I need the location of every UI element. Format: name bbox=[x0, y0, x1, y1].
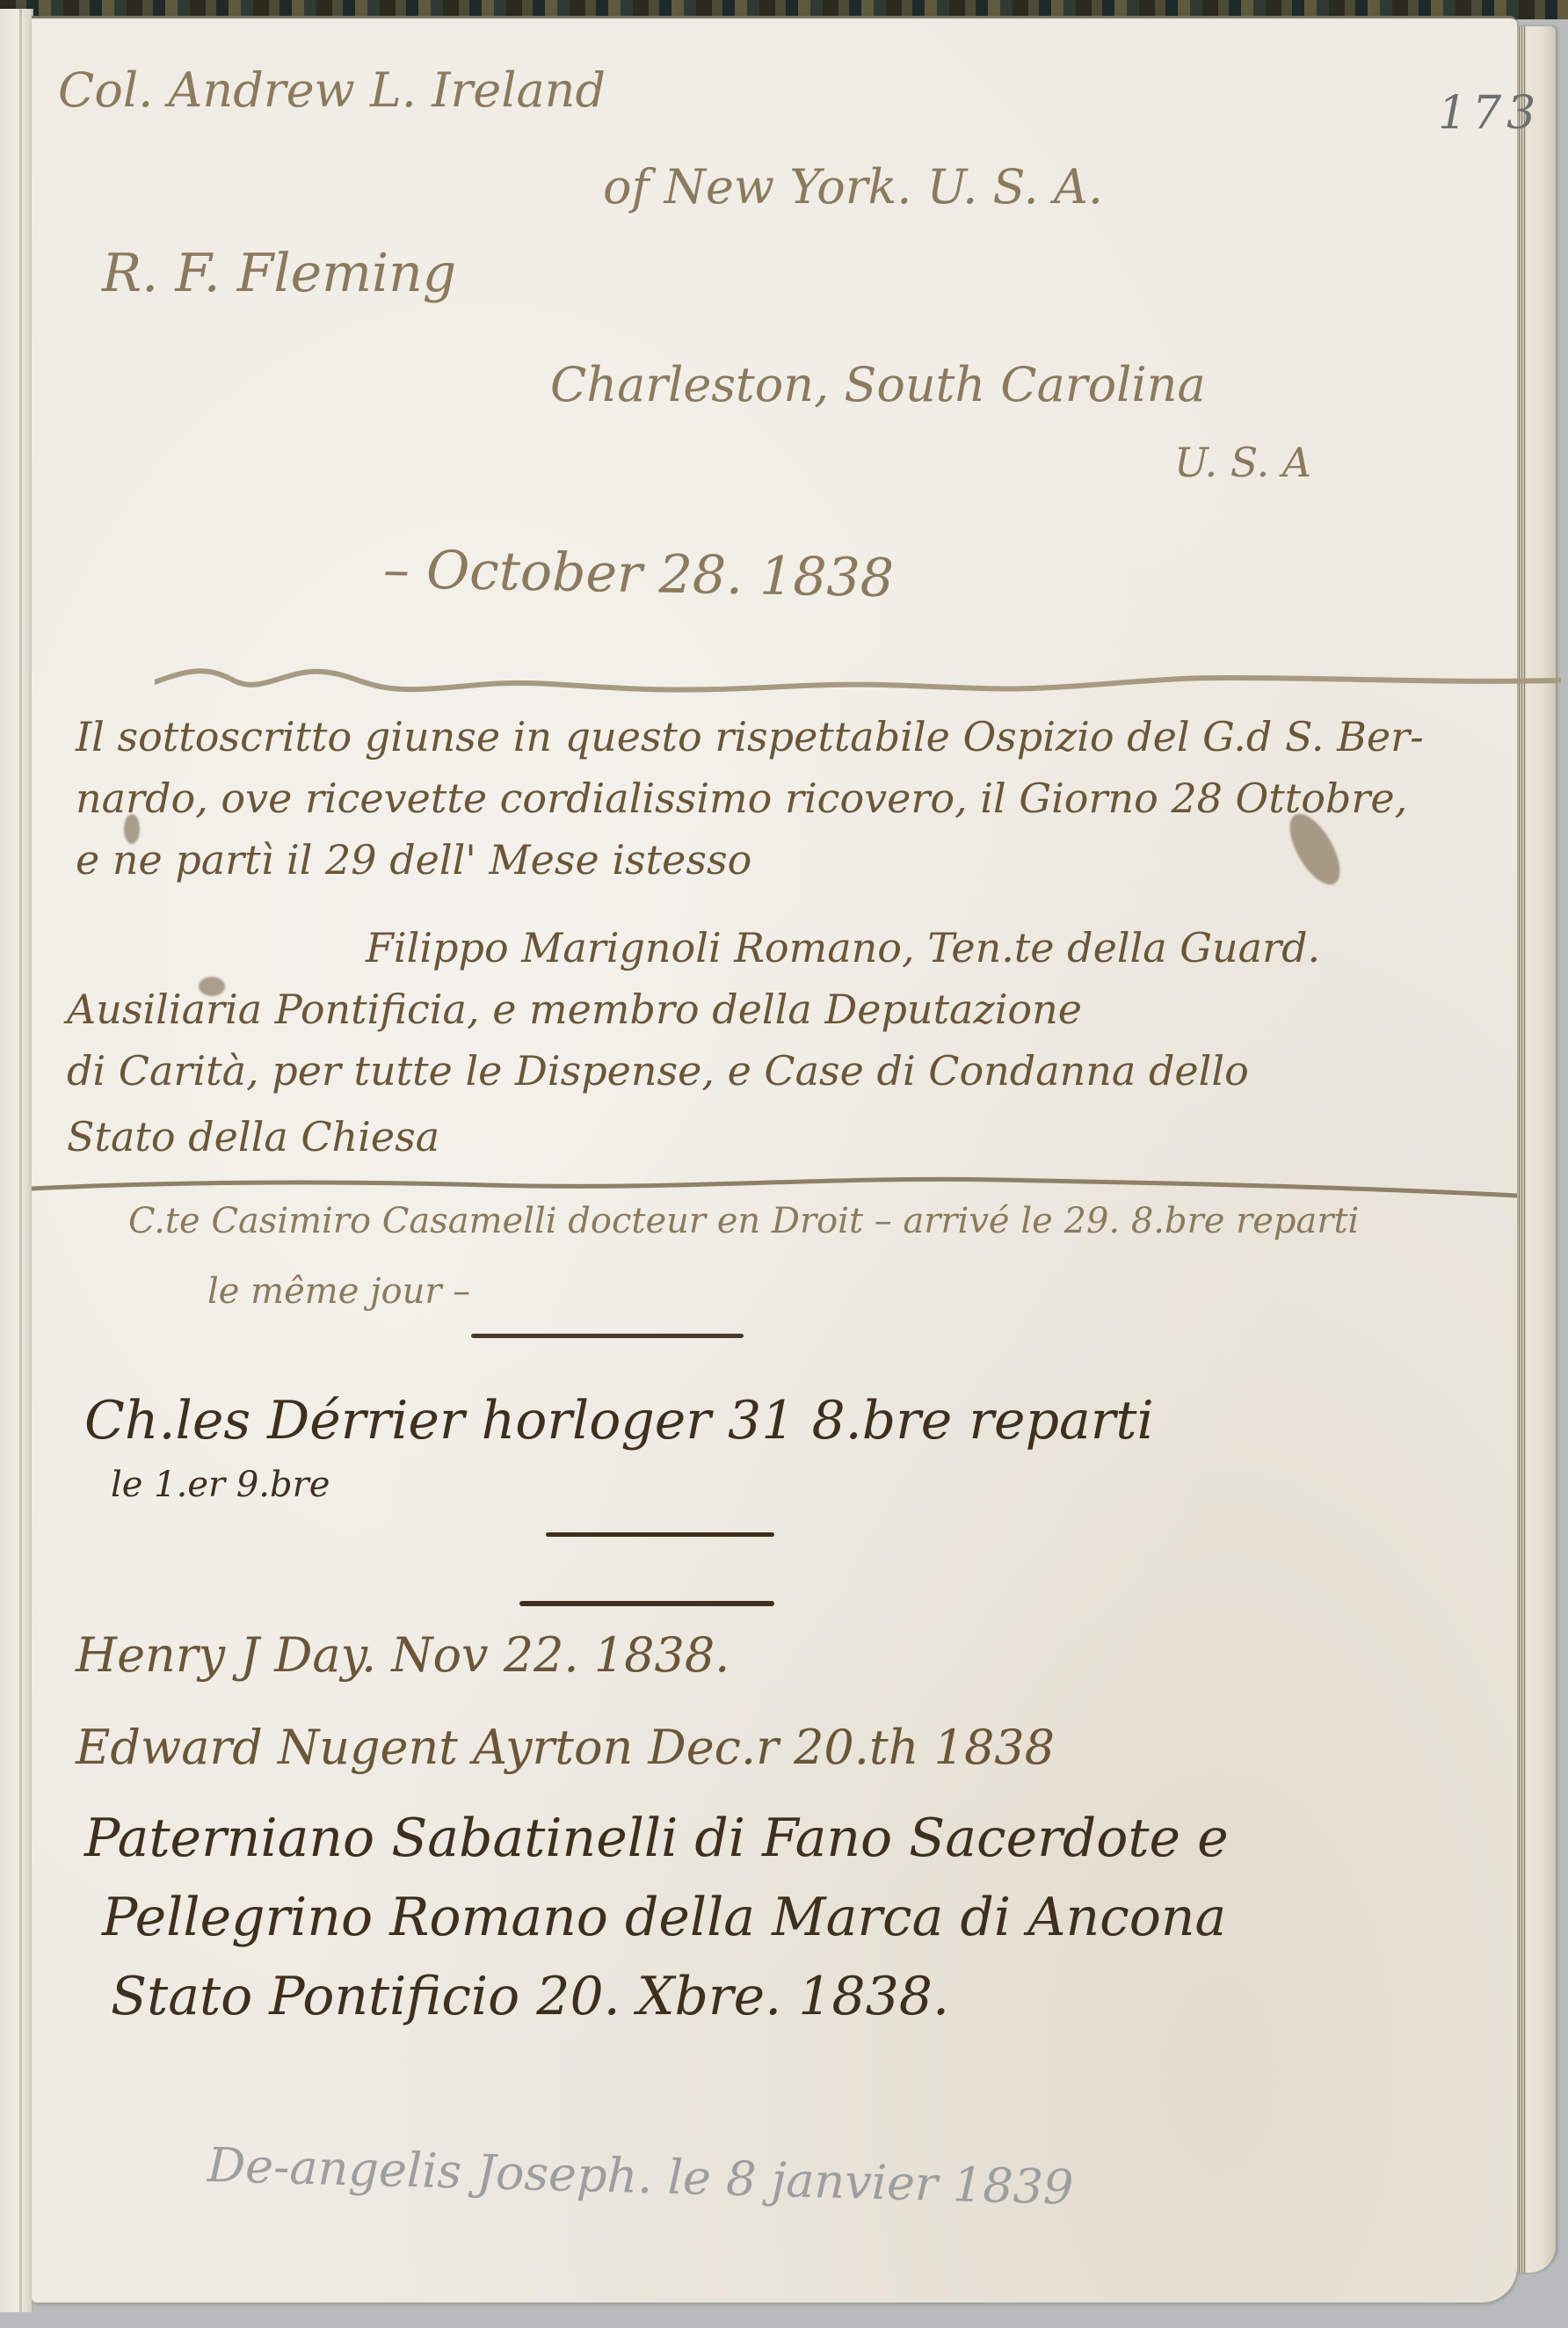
entry-deangelis-pencil: De-angelis Joseph. le 8 janvier 1839 bbox=[207, 2137, 1074, 2215]
entry-marignoli-signature: Filippo Marignoli Romano, Ten.te della G… bbox=[366, 924, 1320, 971]
entry-ireland-place: of New York. U. S. A. bbox=[603, 159, 1103, 215]
entry-fleming-city: Charleston, South Carolina bbox=[550, 357, 1206, 412]
entry-casamelli-line-2: le même jour – bbox=[207, 1271, 470, 1312]
entry-marignoli-line-3: e ne partì il 29 dell' Mese istesso bbox=[76, 836, 751, 884]
entry-fleming-country: U. S. A bbox=[1174, 439, 1311, 486]
entry-day: Henry J Day. Nov 22. 1838. bbox=[76, 1627, 730, 1683]
section-divider bbox=[32, 1175, 1517, 1201]
entry-sabatinelli-line-1: Paterniano Sabatinelli di Fano Sacerdote… bbox=[84, 1808, 1229, 1869]
short-rule bbox=[471, 1334, 744, 1338]
entry-derrier-line-2: le 1.er 9.bre bbox=[111, 1465, 330, 1505]
entry-sabatinelli-line-2: Pellegrino Romano della Marca di Ancona bbox=[102, 1887, 1226, 1948]
entry-marignoli-line-6: di Carità, per tutte le Dispense, e Case… bbox=[67, 1047, 1249, 1095]
ink-blot bbox=[199, 977, 225, 996]
entry-ireland-name: Col. Andrew L. Ireland bbox=[58, 62, 606, 118]
short-rule bbox=[546, 1532, 774, 1537]
page-number: 173 bbox=[1438, 87, 1541, 140]
entry-casamelli-line-1: C.te Casimiro Casamelli docteur en Droit… bbox=[128, 1201, 1359, 1241]
stacked-page-edges bbox=[1514, 26, 1556, 2273]
short-rule bbox=[519, 1601, 774, 1606]
gutter-line bbox=[19, 9, 22, 2312]
register-page: 173 Col. Andrew L. Ireland of New York. … bbox=[32, 16, 1517, 2303]
entry-ayrton: Edward Nugent Ayrton Dec.r 20.th 1838 bbox=[76, 1720, 1055, 1775]
ink-blot bbox=[124, 814, 140, 844]
entry-fleming-name: R. F. Fleming bbox=[102, 243, 456, 304]
wavy-divider bbox=[155, 665, 1561, 700]
entry-marignoli-line-1: Il sottoscritto giunse in questo rispett… bbox=[76, 713, 1424, 760]
scanned-page: 173 Col. Andrew L. Ireland of New York. … bbox=[0, 0, 1568, 2328]
entry-sabatinelli-line-3: Stato Pontificio 20. Xbre. 1838. bbox=[111, 1966, 949, 2027]
entry-derrier-line-1: Ch.les Dérrier horloger 31 8.bre reparti bbox=[84, 1390, 1154, 1451]
entry-marignoli-line-2: nardo, ove ricevette cordialissimo ricov… bbox=[76, 775, 1407, 822]
entry-date-october: – October 28. 1838 bbox=[382, 539, 894, 609]
entry-marignoli-line-7: Stato della Chiesa bbox=[67, 1113, 439, 1160]
facing-page-edge bbox=[0, 9, 33, 2312]
